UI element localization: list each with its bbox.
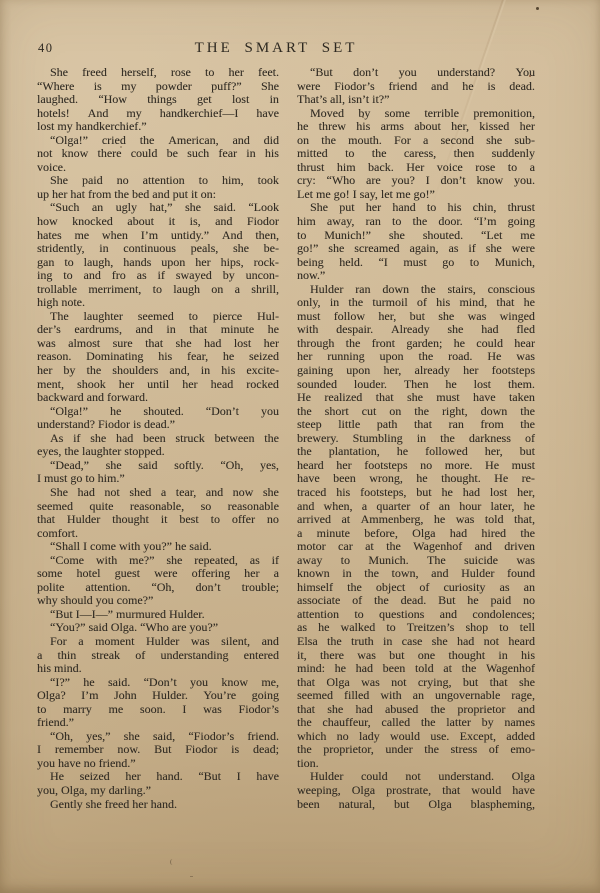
text-line: thatHulderthoughtitbesttoofferno bbox=[37, 513, 279, 527]
text-line: cry:“Whoareyou?Idon’tknowyou. bbox=[297, 174, 535, 188]
text-line: howknockedaboutitis,andFiodor bbox=[37, 215, 279, 229]
text-line: theplantation,hefollowedher,but bbox=[297, 445, 535, 459]
text-line: awaytoMunich.Thesuicidewas bbox=[297, 554, 535, 568]
right-column: “Butdon’tyouunderstand?YouwereFiodor’sfr… bbox=[297, 66, 535, 811]
text-line: ForamomentHulderwassilent,and bbox=[37, 635, 279, 649]
text-line: aminutebefore,Olgahadhiredthe bbox=[297, 527, 535, 541]
text-line: herbytheshouldersand,inhisexcite- bbox=[37, 364, 279, 378]
text-line: “Olga!”criedtheAmerican,anddid bbox=[37, 134, 279, 148]
text-line: Herealizedthatshemusthavetaken bbox=[297, 391, 535, 405]
text-line: Hulderrandownthestairs,conscious bbox=[297, 283, 535, 297]
text-line: “You?” said Olga. “Who are you?” bbox=[37, 621, 279, 635]
text-line: Shehadnotshedatear,andnowshe bbox=[37, 486, 279, 500]
text-line: stridently,incontinuouspeals,shebe- bbox=[37, 242, 279, 256]
text-line: herrunningupontheroad.Hewas bbox=[297, 350, 535, 364]
text-line: thechauffeur,calledthelatterbynames bbox=[297, 716, 535, 730]
text-line: beennatural,butOlgablaspheming, bbox=[297, 798, 535, 812]
text-line: onthemouth.Forasecondshesub- bbox=[297, 134, 535, 148]
text-line: Elsathetruthincaseshehadnotheard bbox=[297, 635, 535, 649]
text-line: soundedlouder.Thenhelostthem. bbox=[297, 378, 535, 392]
paper-speck bbox=[120, 146, 122, 148]
text-line: up her hat from the bed and put it on: bbox=[37, 188, 279, 202]
text-line: himaway,rantothedoor.“I’mgoing bbox=[297, 215, 535, 229]
text-line: Heseizedherhand.“ButIhave bbox=[37, 770, 279, 784]
text-line: “Suchanuglyhat,”shesaid.“Look bbox=[37, 201, 279, 215]
text-line: tracedhisfootsteps,buthehadlosther, bbox=[297, 486, 535, 500]
text-line: it,therewasbutonethoughtinhis bbox=[297, 649, 535, 663]
text-line: go!”shescreamedagain,asifshewere bbox=[297, 242, 535, 256]
text-line: weeping,Olgaprostrate,thatwouldhave bbox=[297, 784, 535, 798]
paper-mark bbox=[190, 876, 193, 877]
text-line: comfort. bbox=[37, 527, 279, 541]
text-line: tion. bbox=[297, 757, 535, 771]
text-line: somehotelguestwereofferinghera bbox=[37, 567, 279, 581]
text-line: seemedquitereasonable,soreasonable bbox=[37, 500, 279, 514]
text-line: his mind. bbox=[37, 662, 279, 676]
text-line: “Oh,yes,”shesaid,“Fiodor’sfriend. bbox=[37, 730, 279, 744]
left-column: Shefreedherself,rosetoherfeet.“Whereismy… bbox=[37, 66, 279, 811]
text-line: wasalmostsurethatshehadlosther bbox=[37, 337, 279, 351]
text-line: That’s all, isn’t it?” bbox=[297, 93, 535, 107]
text-line: Shefreedherself,rosetoherfeet. bbox=[37, 66, 279, 80]
text-line: politeattention.“Oh,don’ttrouble; bbox=[37, 581, 279, 595]
text-line: notknowtherecouldbesuchfearinhis bbox=[37, 147, 279, 161]
text-line: “Dead,”shesaidsoftly.“Oh,yes, bbox=[37, 459, 279, 473]
text-line: “But I—I—” murmured Hulder. bbox=[37, 608, 279, 622]
text-line: ment,shookheruntilherheadrocked bbox=[37, 378, 279, 392]
text-line: mittedtothecaress,thensuddenly bbox=[297, 147, 535, 161]
text-line: mind:hehadbeentoldattheWagenhof bbox=[297, 662, 535, 676]
text-body: Shefreedherself,rosetoherfeet.“Whereismy… bbox=[37, 66, 535, 811]
text-line: eyes, the laughter stopped. bbox=[37, 445, 279, 459]
text-line: voice. bbox=[37, 161, 279, 175]
text-line: toMunich!”sheshouted.“Letme bbox=[297, 229, 535, 243]
text-line: seemedfilledwithanungovernablerage, bbox=[297, 689, 535, 703]
text-line: knowninthetown,andHulderfound bbox=[297, 567, 535, 581]
text-line: himselftheobjectofcuriosityasan bbox=[297, 581, 535, 595]
text-line: attentiontoquestionsandcondolences; bbox=[297, 608, 535, 622]
text-line: hatesmewhenI’muntidy.”Andthen, bbox=[37, 229, 279, 243]
text-line: ingtoandfroasifswayedbyuncon- bbox=[37, 269, 279, 283]
text-line: only,intheturmoilofhismind,thathe bbox=[297, 296, 535, 310]
text-line: thrusthimback.Hervoicerosetoa bbox=[297, 161, 535, 175]
text-line: Asifshehadbeenstruckbetweenthe bbox=[37, 432, 279, 446]
text-line: wereFiodor’sfriendandheisdead. bbox=[297, 80, 535, 94]
text-line: steeplittlepaththatranfromthe bbox=[297, 418, 535, 432]
paper-speck bbox=[362, 116, 364, 118]
text-line: whichnoladywoulduse.Except,added bbox=[297, 730, 535, 744]
text-line: friend.” bbox=[37, 716, 279, 730]
text-line: havebeenwrong,hethought.Here- bbox=[297, 472, 535, 486]
text-line: arrivedatAmmenberg,hewastoldthat, bbox=[297, 513, 535, 527]
text-line: trollablemerriment,tolaughonashrill, bbox=[37, 283, 279, 297]
text-line: now.” bbox=[297, 269, 535, 283]
text-line: why should you come?” bbox=[37, 594, 279, 608]
paper-mark bbox=[170, 859, 175, 865]
text-line: thatshehadabusedtheproprietorand bbox=[297, 703, 535, 717]
text-line: ThelaughterseemedtopierceHul- bbox=[37, 310, 279, 324]
text-line: high note. bbox=[37, 296, 279, 310]
text-line: reason.Dominatinghisfear,heseized bbox=[37, 350, 279, 364]
text-line: understand? Fiodor is dead.” bbox=[37, 418, 279, 432]
text-line: beingheld.“ImustgotoMunich, bbox=[297, 256, 535, 270]
running-header-title: THE SMART SET bbox=[20, 40, 532, 57]
text-line: “Olga!”heshouted.“Don’tyou bbox=[37, 405, 279, 419]
text-line: “Comewithme?”sherepeated,asif bbox=[37, 554, 279, 568]
text-line: tomarrymesoon.IwasFiodor’s bbox=[37, 703, 279, 717]
text-line: withdespair.Alreadyshehadfled bbox=[297, 323, 535, 337]
text-line: lost my handkerchief.” bbox=[37, 120, 279, 134]
text-line: “Butdon’tyouunderstand?You bbox=[297, 66, 535, 80]
text-line: Iremembernow.ButFiodorisdead; bbox=[37, 743, 279, 757]
text-line: laughed.“Howthingsgetlostin bbox=[37, 93, 279, 107]
paper-speck bbox=[529, 75, 531, 77]
text-line: “Shall I come with you?” he said. bbox=[37, 540, 279, 554]
text-line: Gently she freed her hand. bbox=[37, 798, 279, 812]
text-line: throughthefrontgarden;hecouldhear bbox=[297, 337, 535, 351]
text-line: gaininguponher,alreadyherfootsteps bbox=[297, 364, 535, 378]
text-line: athinstreakofunderstandingentered bbox=[37, 649, 279, 663]
text-line: you have no friend.” bbox=[37, 757, 279, 771]
text-line: backward and forward. bbox=[37, 391, 279, 405]
text-line: Let me go! I say, let me go!” bbox=[297, 188, 535, 202]
scanned-book-page: 40 THE SMART SET Shefreedherself,rosetoh… bbox=[0, 0, 600, 893]
text-line: brewery.Stumblinginthedarknessof bbox=[297, 432, 535, 446]
text-line: theshortcutontheright,downthe bbox=[297, 405, 535, 419]
text-line: Shepaidnoattentiontohim,took bbox=[37, 174, 279, 188]
text-line: gantolaugh,handsuponherhips,rock- bbox=[37, 256, 279, 270]
text-line: der’seardrums,andinthatminutehe bbox=[37, 323, 279, 337]
text-line: andwhen,aquarterofanhourlater,he bbox=[297, 500, 535, 514]
text-line: Olga?I’mJohnHulder.You’regoing bbox=[37, 689, 279, 703]
text-line: Huldercouldnotunderstand.Olga bbox=[297, 770, 535, 784]
text-line: “I?”hesaid.“Don’tyouknowme, bbox=[37, 676, 279, 690]
text-line: Sheputherhandtohischin,thrust bbox=[297, 201, 535, 215]
text-line: theproprietor,underthestressofemo- bbox=[297, 743, 535, 757]
text-line: you, Olga, my darling.” bbox=[37, 784, 279, 798]
text-line: motorcarattheWagenhofanddriven bbox=[297, 540, 535, 554]
paper-speck bbox=[536, 7, 539, 10]
text-line: heardherfootstepsnomore.Hemust bbox=[297, 459, 535, 473]
text-line: “Whereismypowderpuff?”She bbox=[37, 80, 279, 94]
text-line: ashewalkedtoTreitzen’sshoptotell bbox=[297, 621, 535, 635]
text-line: Movedbysometerriblepremonition, bbox=[297, 107, 535, 121]
text-line: I must go to him.” bbox=[37, 472, 279, 486]
text-line: thatOlgawasnotcrying,butthatshe bbox=[297, 676, 535, 690]
text-line: hethrewhisarmsabouther,kissedher bbox=[297, 120, 535, 134]
text-line: associateofthedead.Buthepaidno bbox=[297, 594, 535, 608]
text-line: hotels!Andmyhandkerchief—Ihave bbox=[37, 107, 279, 121]
text-line: mustfollowher,butshewaswinged bbox=[297, 310, 535, 324]
